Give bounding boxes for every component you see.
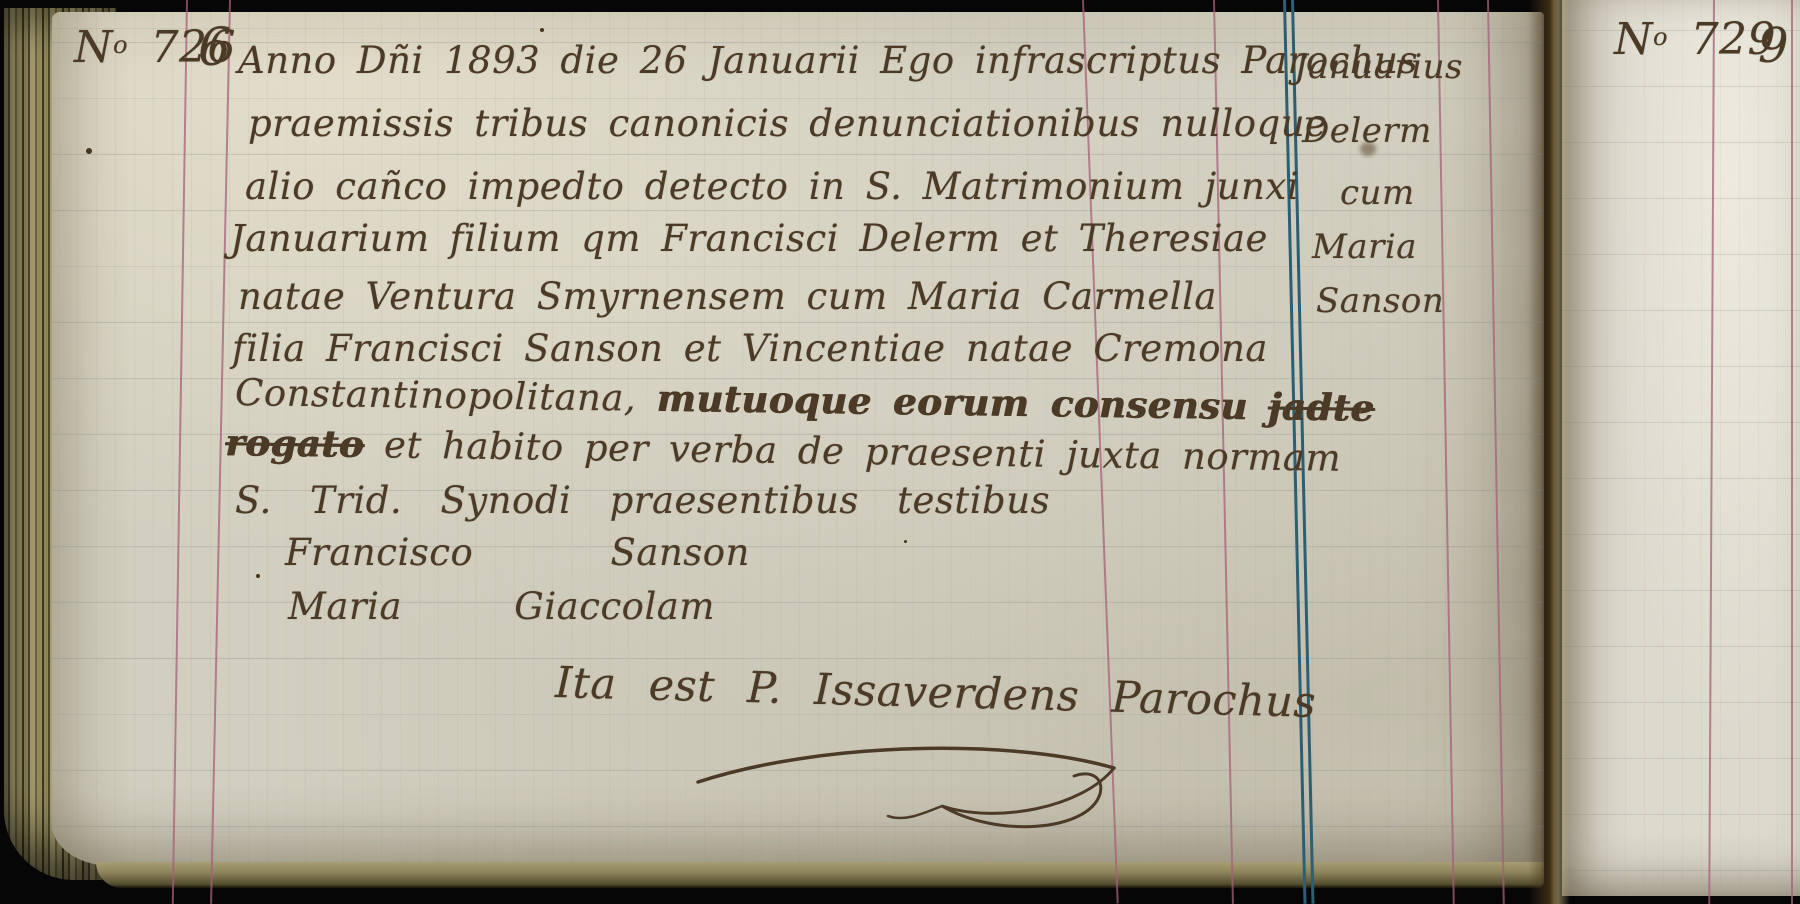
signature-flourish (690, 742, 1130, 842)
margin-note-groom-name: Januarius (1294, 50, 1463, 84)
entry-number-right: No 729 (1614, 18, 1776, 62)
margin-note-cum: cum (1340, 176, 1415, 210)
paper-stain (86, 148, 92, 154)
entry-column-number-right: 9 (1758, 22, 1789, 70)
entry-number-letter: N (74, 22, 113, 73)
body-line-7-overwritten: mutuoque eorum consensu (656, 376, 1248, 428)
body-line-7-struck-word: jadte (1268, 384, 1375, 429)
right-page-rule-pink-2 (1791, 0, 1793, 904)
paper-stain (256, 574, 260, 578)
paper-stain (904, 540, 907, 543)
margin-note-bride-name: Maria (1312, 230, 1417, 264)
left-page-bottom-edge (96, 862, 1544, 888)
body-line-2: praemissis tribus canonicis denunciation… (248, 105, 1327, 142)
margin-note-bride-surname: Sanson (1316, 284, 1444, 318)
witness-line-1: Francisco Sanson (285, 534, 750, 571)
entry-column-number-left: 6 (198, 22, 232, 74)
entry-number-letter: N (1614, 14, 1653, 65)
body-line-8-struck-word: rogato (225, 420, 364, 466)
body-line-3: alio cañco impedto detecto in S. Matrimo… (245, 168, 1299, 205)
book-gutter-fold (1528, 0, 1570, 904)
body-line-1: Anno Dñi 1893 die 26 Januarii Ego infras… (238, 42, 1418, 79)
body-line-6: filia Francisci Sanson et Vincentiae nat… (232, 330, 1268, 367)
body-line-5: natae Ventura Smyrnensem cum Maria Carme… (238, 278, 1217, 315)
body-line-4: Januarium filium qm Francisci Delerm et … (230, 220, 1268, 257)
entry-number-superscript: o (113, 31, 128, 59)
register-book-photo: No 726 6 Anno Dñi 1893 die 26 Januarii E… (0, 0, 1800, 904)
body-line-9: S. Trid. Synodi praesentibus testibus (235, 482, 1050, 519)
witness-line-2: Maria Giaccolam (288, 588, 715, 625)
margin-note-groom-surname: Delerm (1302, 114, 1432, 148)
paper-stain (540, 28, 544, 32)
body-line-7-text: Constantinopolitana, (235, 371, 637, 420)
right-register-page (1562, 0, 1800, 896)
entry-number-superscript: o (1653, 23, 1668, 51)
